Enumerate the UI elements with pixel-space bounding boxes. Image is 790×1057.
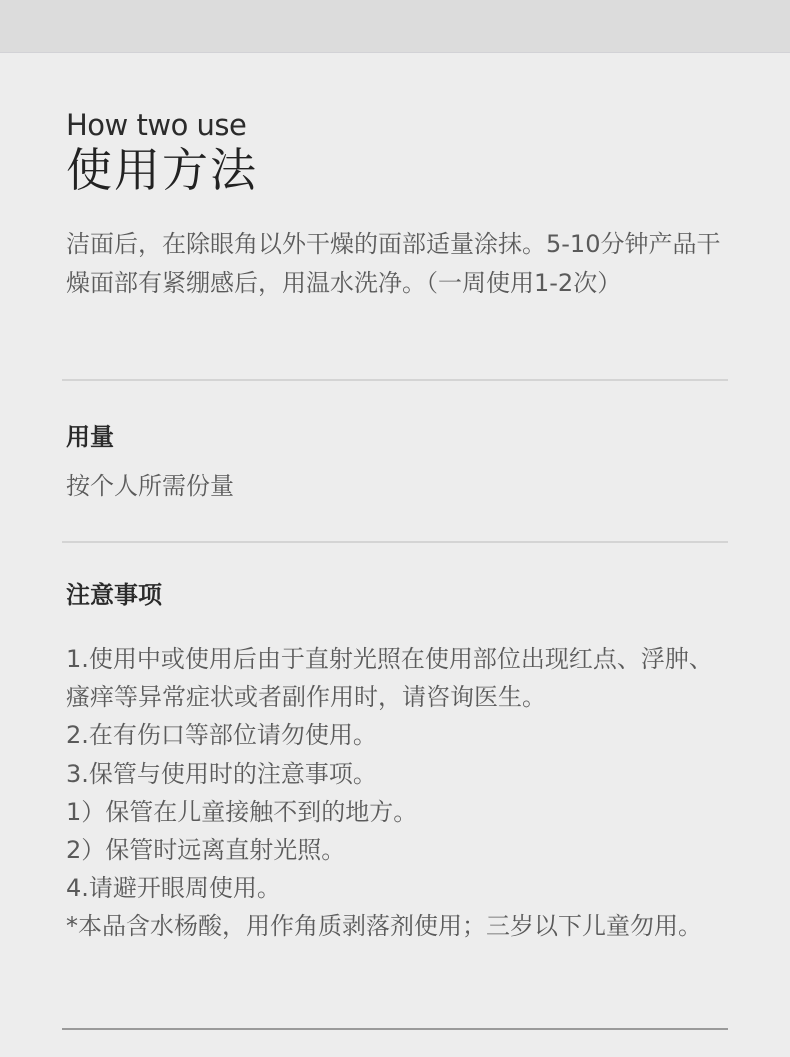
usage-instructions: 洁面后，在除眼角以外干燥的面部适量涂抹。5-10分钟产品干燥面部有紧绷感后，用温… (66, 225, 736, 302)
chinese-title: 使用方法 (66, 142, 258, 198)
dosage-title: 用量 (66, 421, 114, 453)
precaution-item: 1.使用中或使用后由于直射光照在使用部位出现红点、浮肿、瘙痒等异常症状或者副作用… (66, 640, 736, 716)
precautions-title: 注意事项 (66, 579, 162, 611)
top-band (0, 0, 790, 53)
precaution-item: 1）保管在儿童接触不到的地方。 (66, 793, 736, 831)
dosage-text: 按个人所需份量 (66, 470, 234, 502)
divider-final (62, 1028, 728, 1030)
divider (62, 541, 728, 543)
precaution-item: 2.在有伤口等部位请勿使用。 (66, 716, 736, 754)
precaution-item: *本品含水杨酸，用作角质剥落剂使用；三岁以下儿童勿用。 (66, 907, 736, 945)
english-title: How two use (66, 107, 246, 143)
precaution-item: 3.保管与使用时的注意事项。 (66, 755, 736, 793)
precaution-item: 4.请避开眼周使用。 (66, 869, 736, 907)
divider (62, 379, 728, 381)
precautions-list: 1.使用中或使用后由于直射光照在使用部位出现红点、浮肿、瘙痒等异常症状或者副作用… (66, 640, 736, 946)
precaution-item: 2）保管时远离直射光照。 (66, 831, 736, 869)
